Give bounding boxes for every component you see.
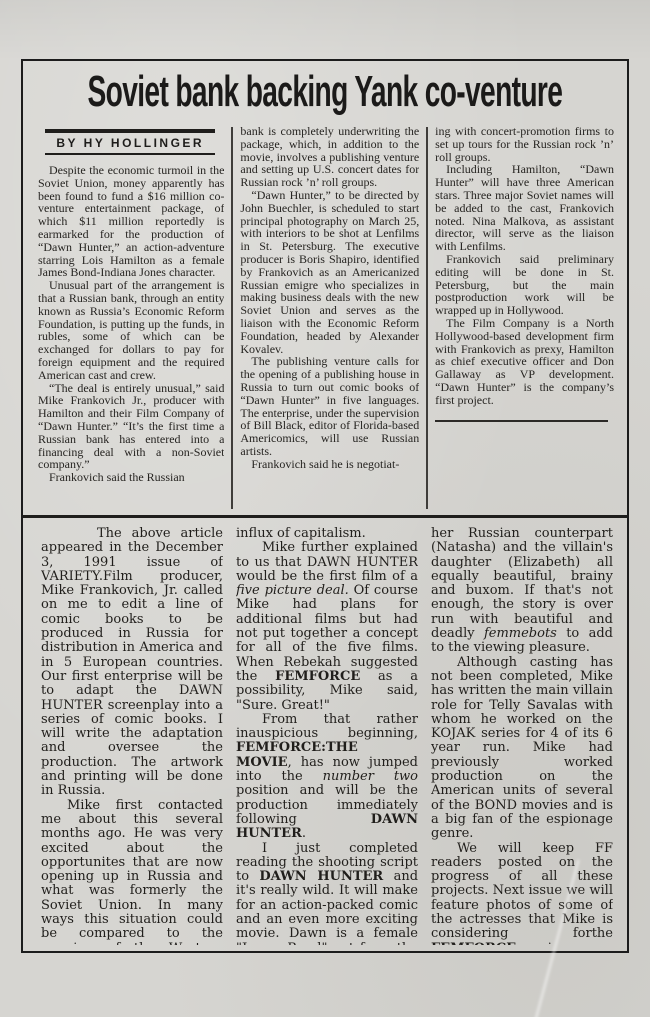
column-rule bbox=[231, 127, 233, 509]
paragraph: Mike further explained to us that DAWN H… bbox=[236, 541, 418, 713]
variety-column-3: ing with concert-promotion firms to set … bbox=[435, 125, 614, 509]
paragraph: “Dawn Hunter,” to be directed by John Bu… bbox=[240, 189, 419, 355]
editor-note: The above article appeared in the Decemb… bbox=[41, 527, 613, 945]
paragraph: We will keep FF readers posted on the pr… bbox=[431, 842, 613, 945]
paragraph: Frankovich said the Russian bbox=[38, 471, 224, 484]
editor-column-3: her Russian counterpart (Natasha) and th… bbox=[431, 527, 613, 945]
byline: BY HY HOLLINGER bbox=[45, 137, 215, 150]
paragraph: her Russian counterpart (Natasha) and th… bbox=[431, 527, 613, 656]
paragraph: “The deal is entirely unusual,” said Mik… bbox=[38, 382, 224, 472]
column-rule bbox=[426, 127, 428, 509]
paragraph: From that rather inauspicious beginning,… bbox=[236, 713, 418, 842]
article-frame: Soviet bank backing Yank co-venture BY H… bbox=[21, 59, 629, 953]
paragraph: influx of capitalism. bbox=[236, 527, 418, 541]
scanned-page: Soviet bank backing Yank co-venture BY H… bbox=[0, 0, 650, 1017]
paragraph: Frankovich said he is negotiat- bbox=[240, 458, 419, 471]
paragraph: Unusual part of the arrangement is that … bbox=[38, 279, 224, 381]
paragraph: Including Hamilton, “Dawn Hunter” will h… bbox=[435, 163, 614, 253]
editor-column-1: The above article appeared in the Decemb… bbox=[41, 527, 223, 945]
paragraph: The publishing venture calls for the ope… bbox=[240, 355, 419, 457]
paragraph: Mike first contacted me about this sever… bbox=[41, 799, 223, 945]
paragraph: The Film Company is a North Hollywood-ba… bbox=[435, 317, 614, 407]
article-end-rule bbox=[435, 420, 608, 422]
headline: Soviet bank backing Yank co-venture bbox=[88, 70, 563, 114]
variety-column-2: bank is completely underwriting the pack… bbox=[240, 125, 419, 509]
paragraph: Frankovich said preliminary editing will… bbox=[435, 253, 614, 317]
variety-column-1: BY HY HOLLINGER Despite the economic tur… bbox=[38, 125, 224, 509]
paragraph: bank is completely underwriting the pack… bbox=[240, 125, 419, 189]
paragraph: ing with concert-promotion firms to set … bbox=[435, 125, 614, 163]
variety-article: BY HY HOLLINGER Despite the economic tur… bbox=[38, 125, 614, 509]
editor-column-2: influx of capitalism. Mike further expla… bbox=[236, 527, 418, 945]
paragraph: Despite the economic turmoil in the Sovi… bbox=[38, 164, 224, 279]
byline-box: BY HY HOLLINGER bbox=[45, 129, 215, 155]
section-divider bbox=[23, 515, 627, 518]
headline-row: Soviet bank backing Yank co-venture bbox=[23, 68, 627, 116]
paragraph: I just completed reading the shooting sc… bbox=[236, 842, 418, 945]
paragraph: Although casting has not been completed,… bbox=[431, 656, 613, 842]
paragraph: The above article appeared in the Decemb… bbox=[41, 527, 223, 799]
